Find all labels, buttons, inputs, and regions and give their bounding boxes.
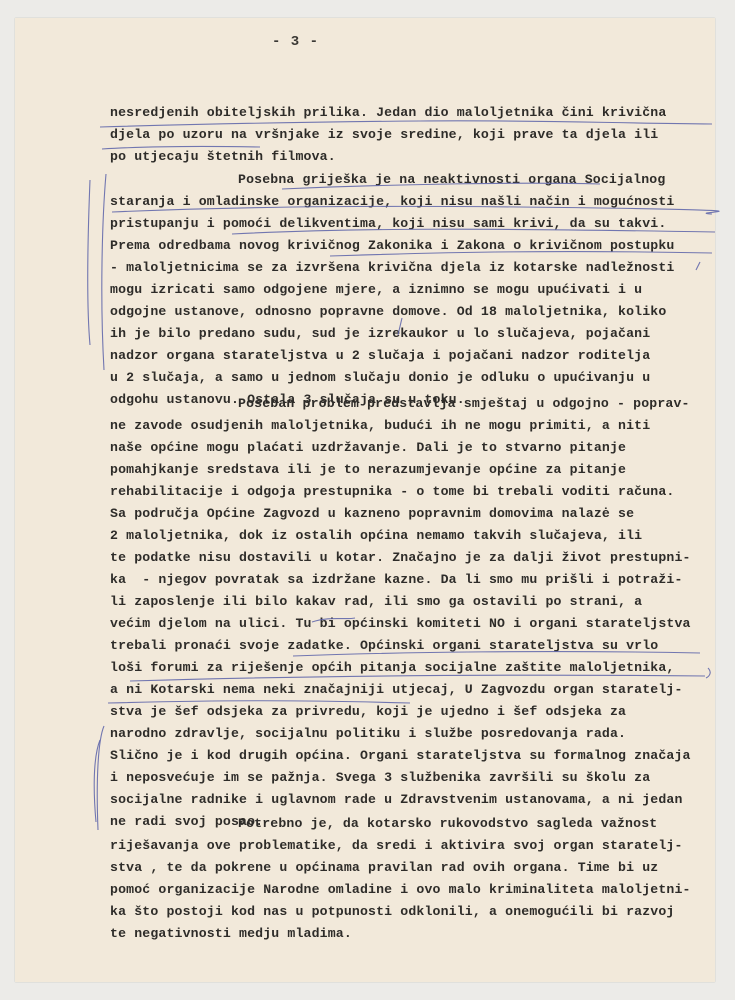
- text-line: 2 maloljetnika, dok iz ostalih općina ne…: [110, 527, 642, 545]
- text-line: li zaposlenje ili bilo kakav rad, ili sm…: [110, 593, 642, 611]
- text-line: stva je šef odsjeka za privredu, koji je…: [110, 703, 626, 721]
- text-line: rehabilitacije i odgoja prestupnika - o …: [110, 483, 674, 501]
- text-line: ka - njegov povratak sa izdržane kazne. …: [110, 571, 683, 589]
- text-line: nadzor organa starateljstva u 2 slučaja …: [110, 347, 650, 365]
- text-line: loši forumi za riješenje općih pitanja s…: [110, 659, 674, 677]
- text-line: Slično je i kod drugih općina. Organi st…: [110, 747, 691, 765]
- text-line: Poseban problem predstavlja smještaj u o…: [238, 395, 690, 413]
- text-line: Sa područja Općine Zagvozd u kazneno pop…: [110, 505, 634, 523]
- text-line: a ni Kotarski nema neki značajniji utjec…: [110, 681, 683, 699]
- text-line: narodno zdravlje, socijalnu politiku i s…: [110, 725, 626, 743]
- text-line: pomoć organizacije Narodne omladine i ov…: [110, 881, 691, 899]
- text-line: u 2 slučaja, a samo u jednom slučaju don…: [110, 369, 650, 387]
- text-line: socijalne radnike i uglavnom rade u Zdra…: [110, 791, 683, 809]
- text-line: pristupanju i pomoći delikventima, koji …: [110, 215, 666, 233]
- text-line: te negativnosti medju mladima.: [110, 925, 352, 943]
- text-line: trebali pronaći svoje zadatke. Općinski …: [110, 637, 658, 655]
- text-line: naše općine mogu plaćati uzdržavanje. Da…: [110, 439, 626, 457]
- text-line: - maloljetnicima se za izvršena krivična…: [110, 259, 674, 277]
- text-line: ka što postoji kod nas u potpunosti odkl…: [110, 903, 674, 921]
- text-line: Prema odredbama novog krivičnog Zakonika…: [110, 237, 674, 255]
- text-line: te podatke nisu dostavili u kotar. Znača…: [110, 549, 691, 567]
- text-line: Posebna griješka je na neaktivnosti orga…: [238, 171, 665, 189]
- text-line: pomahjkanje sredstava ili je to nerazumj…: [110, 461, 626, 479]
- text-line: većim djelom na ulici. Tu bi općinski ko…: [110, 615, 691, 633]
- page-number: - 3 -: [272, 34, 319, 50]
- text-line: riješavanja ove problematike, da sredi i…: [110, 837, 683, 855]
- text-line: mogu izricati samo odgojene mjere, a izn…: [110, 281, 642, 299]
- text-line: po utjecaju štetnih filmova.: [110, 148, 336, 166]
- text-line: odgojne ustanove, odnosno popravne domov…: [110, 303, 666, 321]
- text-line: djela po uzoru na vršnjake iz svoje sred…: [110, 126, 658, 144]
- text-line: nesredjenih obiteljskih prilika. Jedan d…: [110, 104, 666, 122]
- text-line: ih je bilo predano sudu, sud je izrekauk…: [110, 325, 650, 343]
- text-line: ne zavode osudjenih maloljetnika, budući…: [110, 417, 650, 435]
- text-line: Potrebno je, da kotarsko rukovodstvo sag…: [238, 815, 657, 833]
- text-line: staranja i omladinske organizacije, koji…: [110, 193, 674, 211]
- text-line: i neposvećuje im se pažnja. Svega 3 služ…: [110, 769, 650, 787]
- text-line: stva , te da pokrene u općinama pravilan…: [110, 859, 658, 877]
